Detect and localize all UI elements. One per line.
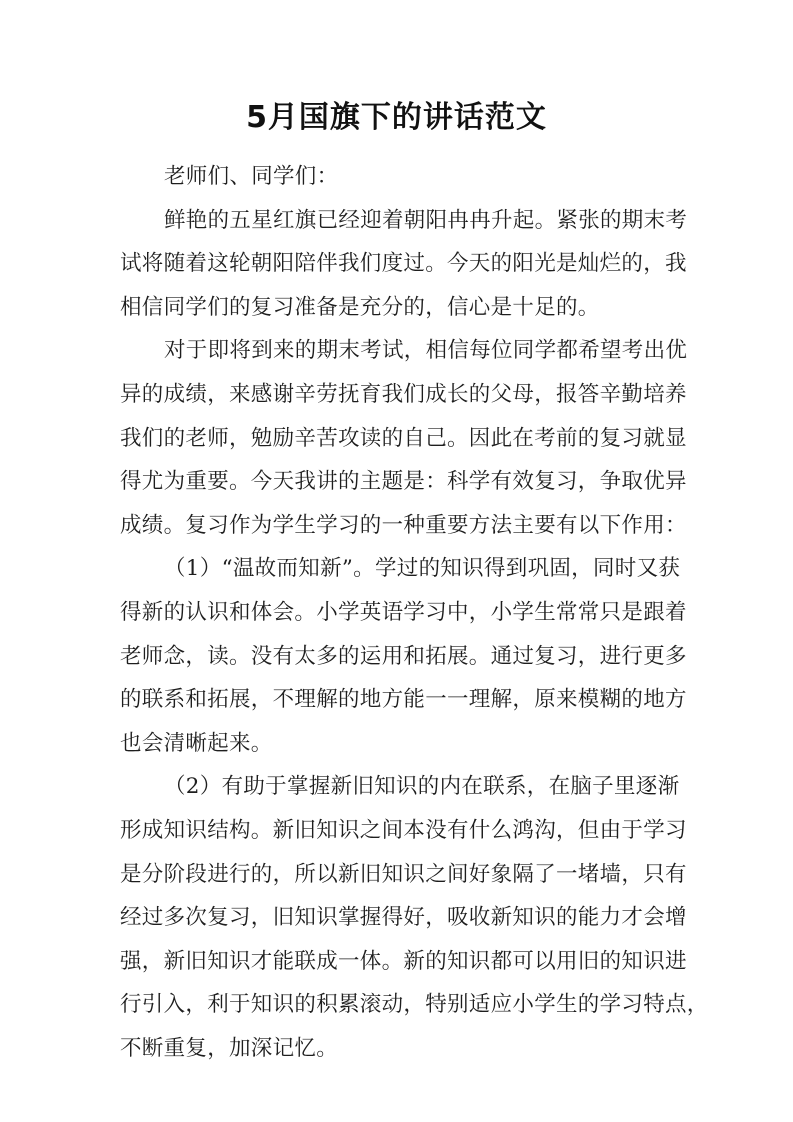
- text-line: 对于即将到来的期末考试，相信每位同学都希望考出优: [120, 329, 676, 373]
- text-line: 是分阶段进行的，所以新旧知识之间好象隔了一堵墙，只有: [120, 853, 676, 897]
- text-line: 我们的老师，勉励辛苦攻读的自己。因此在考前的复习就显: [120, 417, 676, 461]
- document-title: 5月国旗下的讲话范文: [0, 98, 793, 138]
- text-line: （1）“温故而知新”。学过的知识得到巩固，同时又获: [120, 547, 676, 591]
- text-line: 强，新旧知识才能联成一体。新的知识都可以用旧的知识进: [120, 940, 676, 984]
- text-line: 形成知识结构。新旧知识之间本没有什么鸿沟，但由于学习: [120, 809, 676, 853]
- text-line: 试将随着这轮朝阳陪伴我们度过。今天的阳光是灿烂的，我: [120, 242, 676, 286]
- paragraph-2: 对于即将到来的期末考试，相信每位同学都希望考出优 异的成绩，来感谢辛劳抚育我们成…: [120, 329, 676, 547]
- text-line: 的联系和拓展，不理解的地方能一一理解，原来模糊的地方: [120, 678, 676, 722]
- text-line: 老师们、同学们：: [120, 155, 676, 199]
- text-line: 行引入，利于知识的积累滚动，特别适应小学生的学习特点，: [120, 983, 676, 1027]
- text-line: 成绩。复习作为学生学习的一种重要方法主要有以下作用：: [120, 504, 676, 548]
- text-line: 异的成绩，来感谢辛劳抚育我们成长的父母，报答辛勤培养: [120, 373, 676, 417]
- text-line: 相信同学们的复习准备是充分的，信心是十足的。: [120, 286, 676, 330]
- text-line: 老师念，读。没有太多的运用和拓展。通过复习，进行更多: [120, 635, 676, 679]
- text-line: 得尤为重要。今天我讲的主题是：科学有效复习，争取优异: [120, 460, 676, 504]
- text-line: 也会清晰起来。: [120, 722, 676, 766]
- paragraph-1: 鲜艳的五星红旗已经迎着朝阳冉冉升起。紧张的期末考 试将随着这轮朝阳陪伴我们度过。…: [120, 199, 676, 330]
- text-line: 不断重复，加深记忆。: [120, 1027, 676, 1071]
- paragraph-4: （2）有助于掌握新旧知识的内在联系，在脑子里逐渐 形成知识结构。新旧知识之间本没…: [120, 765, 676, 1070]
- text-line: 得新的认识和体会。小学英语学习中，小学生常常只是跟着: [120, 591, 676, 635]
- document-body: 老师们、同学们： 鲜艳的五星红旗已经迎着朝阳冉冉升起。紧张的期末考 试将随着这轮…: [120, 155, 676, 1070]
- text-line: （2）有助于掌握新旧知识的内在联系，在脑子里逐渐: [120, 765, 676, 809]
- text-line: 鲜艳的五星红旗已经迎着朝阳冉冉升起。紧张的期末考: [120, 199, 676, 243]
- paragraph-salutation: 老师们、同学们：: [120, 155, 676, 199]
- document-page: 5月国旗下的讲话范文 老师们、同学们： 鲜艳的五星红旗已经迎着朝阳冉冉升起。紧张…: [0, 0, 793, 1122]
- text-line: 经过多次复习，旧知识掌握得好，吸收新知识的能力才会增: [120, 896, 676, 940]
- paragraph-3: （1）“温故而知新”。学过的知识得到巩固，同时又获 得新的认识和体会。小学英语学…: [120, 547, 676, 765]
